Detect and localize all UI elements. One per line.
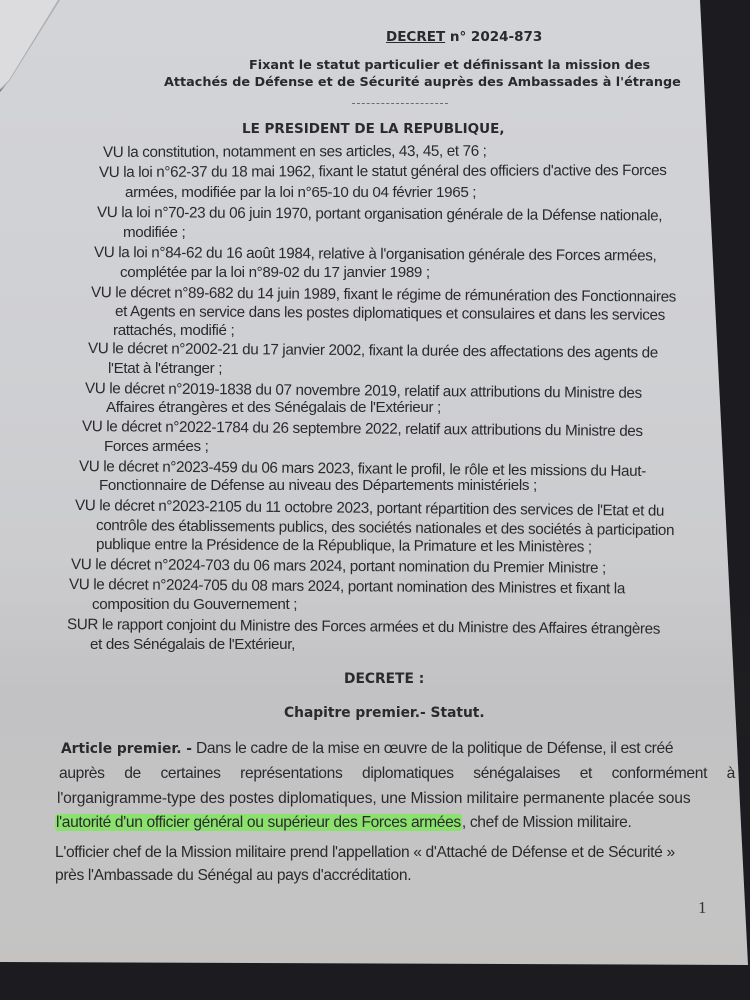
visa-line: VU le décret n°2024-705 du 08 mars 2024,…	[69, 576, 625, 598]
decree-number: n° 2024-873	[450, 29, 542, 45]
visa-line-continued: et des Sénégalais de l'Extérieur,	[90, 636, 295, 654]
word: diplomatiques	[362, 765, 454, 783]
article-1-line-3: l'organigramme-type des postes diplomati…	[57, 790, 690, 808]
visa-line-continued: l'Etat à l'étranger ;	[108, 360, 222, 378]
visa-line-continued: publique entre la Présidence de la Répub…	[96, 536, 592, 557]
visa-line: VU la loi n°84-62 du 16 août 1984, relat…	[94, 244, 657, 265]
decree-label: DECRET	[386, 29, 445, 45]
title-separator	[352, 103, 448, 104]
visa-line-continued: Affaires étrangères et des Sénégalais de…	[106, 399, 441, 417]
visa-line-continued: armées, modifiée par la loi n°65-10 du 0…	[125, 184, 476, 202]
visa-line: VU le décret n°2024-703 du 06 mars 2024,…	[71, 556, 606, 578]
visa-line: VU la loi n°70-23 du 06 juin 1970, porta…	[97, 204, 662, 225]
visa-line-continued: composition du Gouvernement ;	[92, 596, 297, 614]
article-1-line-4: l'autorité d'un officier général ou supé…	[55, 814, 631, 832]
decree-title: DECRET n° 2024-873	[386, 28, 542, 46]
decree-document: DECRET n° 2024-873 Fixant le statut part…	[0, 0, 750, 1000]
article-1-line-1: Article premier. - Dans le cadre de la m…	[61, 740, 673, 758]
word: et	[580, 765, 592, 783]
word: représentations	[240, 765, 342, 783]
article-1-text: Dans le cadre de la mise en œuvre de la …	[196, 740, 673, 757]
visa-line-continued: rattachés, modifié ;	[113, 322, 234, 340]
subtitle-line-1: Fixant le statut particulier et définiss…	[249, 57, 650, 75]
word: conformément	[612, 765, 707, 783]
word: de	[124, 765, 141, 783]
visa-line-continued: Fonctionnaire de Défense au niveau des D…	[99, 477, 537, 495]
subtitle-line-2: Attachés de Défense et de Sécurité auprè…	[164, 74, 681, 92]
visa-line: VU la loi n°62-37 du 18 mai 1962, fixant…	[99, 162, 667, 182]
authority-heading: LE PRESIDENT DE LA REPUBLIQUE,	[242, 120, 504, 138]
article-1-label: Article premier. -	[61, 741, 192, 757]
word: certaines	[160, 765, 220, 783]
chapter-heading: Chapitre premier.- Statut.	[284, 704, 485, 722]
word: sénégalaises	[473, 765, 560, 783]
article-1-para-2-line-1: L'officier chef de la Mission militaire …	[55, 844, 675, 862]
word: à	[727, 765, 735, 783]
visa-line: VU la constitution, notamment en ses art…	[103, 143, 487, 162]
article-1-text: , chef de Mission militaire.	[462, 814, 632, 831]
highlighted-text: l'autorité d'un officier général ou supé…	[55, 814, 462, 831]
visa-line-continued: complétée par la loi n°89-02 du 17 janvi…	[120, 264, 430, 282]
article-1-para-2-line-2: près l'Ambassade du Sénégal au pays d'ac…	[55, 867, 411, 885]
word: auprès	[59, 765, 105, 783]
visa-line-continued: Forces armées ;	[104, 438, 208, 456]
article-1-line-2: auprès de certaines représentations dipl…	[59, 765, 735, 783]
decrete-heading: DECRETE :	[344, 670, 424, 688]
visa-line-continued: modifiée ;	[123, 224, 185, 242]
page-number: 1	[698, 898, 707, 918]
